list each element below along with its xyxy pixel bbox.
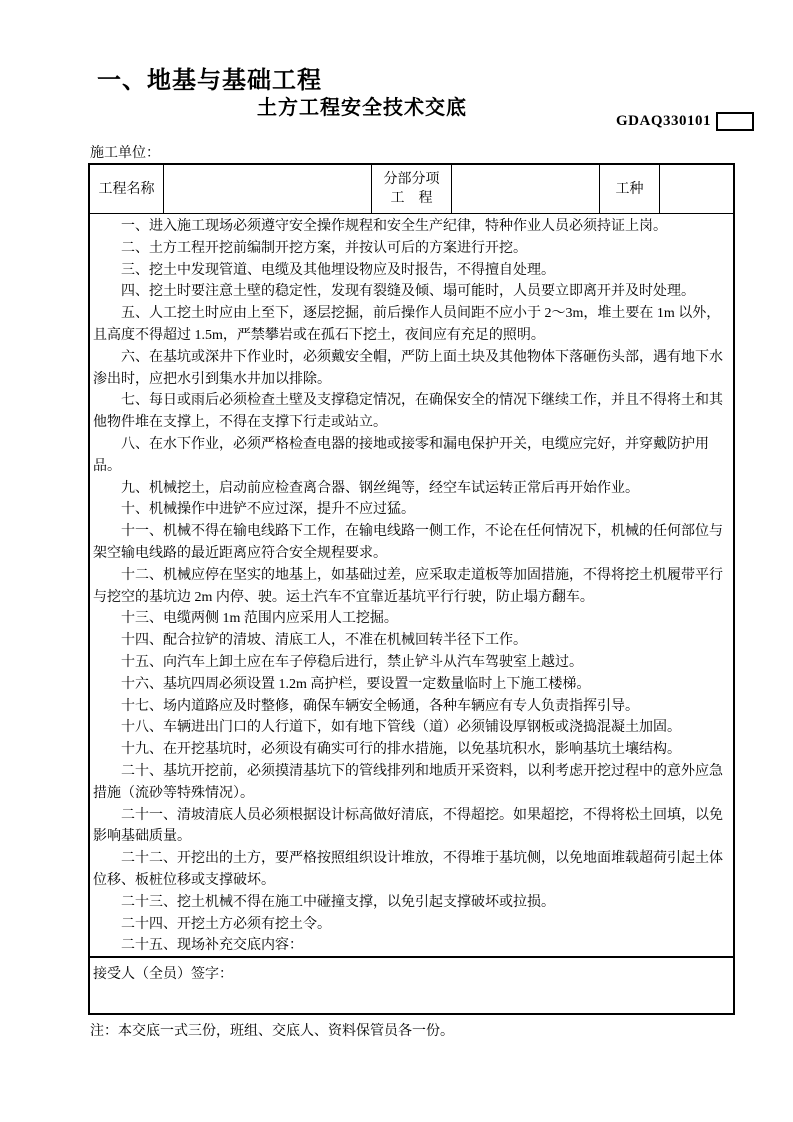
safety-item: 十二、机械应停在坚实的地基上，如基础过差，应采取走道板等加固措施，不得将挖土机履…	[93, 565, 730, 609]
safety-item: 五、人工挖土时应由上至下，逐层挖掘，前后操作人员间距不应小于 2～3m，堆土要在…	[93, 303, 730, 347]
safety-item: 二十三、挖土机械不得在施工中碰撞支撑，以免引起支撑破坏或拉损。	[93, 892, 730, 914]
work-type-field[interactable]	[660, 165, 733, 213]
receiver-sign-row[interactable]: 接受人（全员）签字：	[90, 956, 733, 1013]
safety-item: 十九、在开挖基坑时，必须设有确实可行的排水措施，以免基坑积水，影响基坑土壤结构。	[93, 739, 730, 761]
safety-item: 九、机械挖土，启动前应检查离合器、钢丝绳等，经空车试运转正常后再开始作业。	[93, 478, 730, 500]
doc-code-row: GDAQ330101	[616, 112, 754, 131]
safety-item: 十四、配合拉铲的清坡、清底工人，不准在机械回转半径下工作。	[93, 630, 730, 652]
safety-items-list: 一、进入施工现场必须遵守安全操作规程和安全生产纪律，特种作业人员必须持证上岗。二…	[93, 216, 730, 956]
receiver-sign-label: 接受人（全员）签字：	[93, 967, 233, 982]
doc-code-box[interactable]	[716, 112, 754, 131]
project-name-label: 工程名称	[90, 165, 164, 213]
safety-item: 二、土方工程开挖前编制开挖方案，并按认可后的方案进行开挖。	[93, 238, 730, 260]
safety-item: 十八、车辆进出门口的人行道下，如有地下管线（道）必须铺设厚钢板或浇捣混凝土加固。	[93, 717, 730, 739]
safety-item: 八、在水下作业，必须严格检查电器的接地或接零和漏电保护开关，电缆应完好，并穿戴防…	[93, 434, 730, 478]
safety-item: 一、进入施工现场必须遵守安全操作规程和安全生产纪律，特种作业人员必须持证上岗。	[93, 216, 730, 238]
safety-item: 二十五、现场补充交底内容：	[93, 935, 730, 956]
safety-item: 四、挖土时要注意土壁的稳定性，发现有裂缝及倾、塌可能时，人员要立即离开并及时处理…	[93, 281, 730, 303]
safety-items-cell: 一、进入施工现场必须遵守安全操作规程和安全生产纪律，特种作业人员必须持证上岗。二…	[90, 214, 733, 956]
safety-item: 十五、向汽车上卸土应在车子停稳后进行，禁止铲斗从汽车驾驶室上越过。	[93, 652, 730, 674]
safety-item: 六、在基坑或深井下作业时，必须戴安全帽，严防上面土块及其他物体下落砸伤头部，遇有…	[93, 347, 730, 391]
sub-project-field[interactable]	[452, 165, 600, 213]
doc-code: GDAQ330101	[616, 113, 711, 130]
safety-item: 二十、基坑开挖前，必须摸清基坑下的管线排列和地质开采资料，以利考虑开挖过程中的意…	[93, 761, 730, 805]
safety-item: 二十四、开挖土方必须有挖土令。	[93, 914, 730, 936]
safety-item: 十三、电缆两侧 1m 范围内应采用人工挖掘。	[93, 608, 730, 630]
safety-item: 十七、场内道路应及时整修，确保车辆安全畅通，各种车辆应有专人负责指挥引导。	[93, 696, 730, 718]
safety-item: 十六、基坑四周必须设置 1.2m 高护栏，要设置一定数量临时上下施工楼梯。	[93, 674, 730, 696]
table-header-row: 工程名称 分部分项 工 程 工种	[90, 165, 733, 214]
sub-project-label: 分部分项 工 程	[372, 165, 452, 213]
construction-unit-label: 施工单位：	[90, 142, 160, 162]
doc-subtitle: 土方工程安全技术交底	[257, 91, 467, 120]
sub-project-label-line1: 分部分项	[384, 170, 440, 189]
safety-item: 十、机械操作中进铲不应过深，提升不应过猛。	[93, 499, 730, 521]
project-name-field[interactable]	[164, 165, 372, 213]
safety-item: 七、每日或雨后必须检查土壁及支撑稳定情况，在确保安全的情况下继续工作，并且不得将…	[93, 390, 730, 434]
page-title: 一、地基与基础工程	[97, 60, 322, 95]
safety-item: 二十一、清坡清底人员必须根据设计标高做好清底，不得超挖。如果超挖，不得将松土回填…	[93, 805, 730, 849]
safety-item: 三、挖土中发现管道、电缆及其他埋设物应及时报告，不得擅自处理。	[93, 260, 730, 282]
footnote: 注：本交底一式三份，班组、交底人、资料保管员各一份。	[90, 1020, 454, 1040]
document-page: 一、地基与基础工程 土方工程安全技术交底 GDAQ330101 施工单位： 工程…	[0, 0, 793, 1122]
work-type-label: 工种	[600, 165, 660, 213]
safety-item: 二十二、开挖出的土方，要严格按照组织设计堆放，不得堆于基坑侧，以免地面堆载超荷引…	[93, 848, 730, 892]
disclosure-table: 工程名称 分部分项 工 程 工种 一、进入施工现场必须遵守安全操作规程和安全生产…	[88, 163, 735, 1015]
safety-item: 十一、机械不得在输电线路下工作，在输电线路一侧工作，不论在任何情况下，机械的任何…	[93, 521, 730, 565]
sub-project-label-line2: 工 程	[391, 189, 433, 208]
